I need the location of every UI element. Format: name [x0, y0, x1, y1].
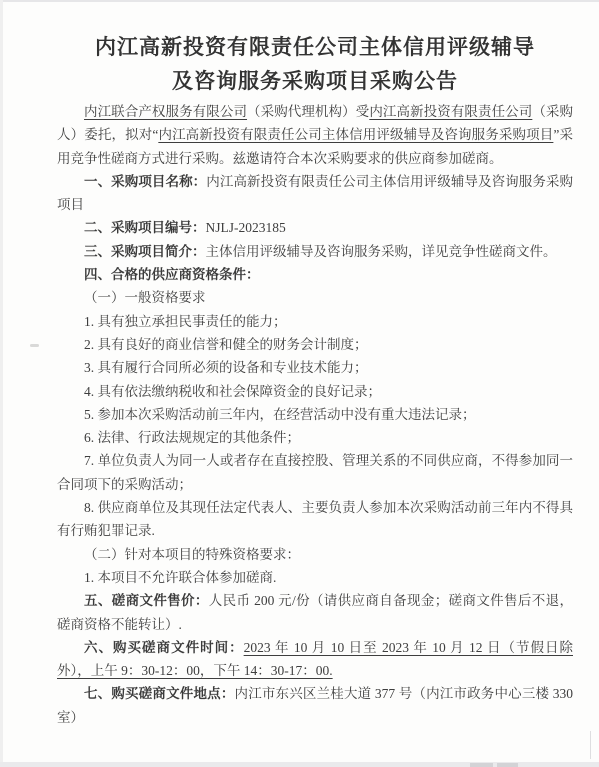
section-3-label: 三、采购项目简介： [84, 244, 206, 259]
general-item-8-text: 8. 供应商单位及其现任法定代表人、主要负责人参加本次采购活动前三年内不得具有行… [57, 500, 573, 538]
page-left-edge [0, 0, 3, 767]
special-qualification-header: （二）针对本项目的特殊资格要求： [57, 543, 573, 566]
section-5-label: 五、磋商文件售价： [84, 593, 209, 608]
bottom-tab-right [497, 763, 518, 767]
purchaser-name: 内江高新投资有限责任公司 [369, 104, 532, 119]
viewport-bottom-strip [0, 762, 599, 767]
general-item-3-text: 3. 具有履行合同所必须的设备和专业技术能力； [84, 360, 368, 375]
general-item-5: 5. 参加本次采购活动前三年内，在经营活动中没有重大违法记录； [57, 403, 573, 426]
general-item-7: 7. 单位负责人为同一人或者存在直接控股、管理关系的不同供应商，不得参加同一合同… [57, 449, 573, 496]
general-qualification-header: （一）一般资格要求 [57, 286, 573, 309]
page-right-edge [590, 731, 591, 759]
section-project-name: 一、采购项目名称：内江高新投资有限责任公司主体信用评级辅导及咨询服务采购项目 [57, 170, 573, 217]
general-item-4-text: 4. 具有依法缴纳税收和社会保障资金的良好记录； [84, 384, 381, 399]
section-project-brief: 三、采购项目简介：主体信用评级辅导及咨询服务采购，详见竞争性磋商文件。 [57, 240, 573, 263]
section-4-label: 四、合格的供应商资格条件： [84, 267, 260, 282]
general-item-4: 4. 具有依法缴纳税收和社会保障资金的良好记录； [57, 380, 573, 403]
general-item-8: 8. 供应商单位及其现任法定代表人、主要负责人参加本次采购活动前三年内不得具有行… [57, 496, 573, 543]
section-3-text: 主体信用评级辅导及咨询服务采购，详见竞争性磋商文件。 [206, 244, 557, 259]
document-content: 内江高新投资有限责任公司主体信用评级辅导及咨询服务采购项目采购公告 内江联合产权… [57, 0, 573, 729]
section-2-text: NJLJ-2023185 [206, 220, 286, 235]
section-document-price: 五、磋商文件售价：人民币 200 元/份（请供应商自备现金；磋商文件售后不退，磋… [57, 589, 573, 636]
section-purchase-time: 六、购买磋商文件时间：2023 年 10 月 10 日至 2023 年 10 月… [57, 636, 573, 683]
special-header-text: （二）针对本项目的特殊资格要求： [84, 547, 300, 562]
section-purchase-location: 七、购买磋商文件地点：内江市东兴区兰桂大道 377 号（内江市政务中心三楼 33… [57, 682, 573, 729]
general-item-7-text: 7. 单位负责人为同一人或者存在直接控股、管理关系的不同供应商，不得参加同一合同… [57, 453, 573, 491]
general-header-text: （一）一般资格要求 [84, 290, 206, 305]
general-item-1: 1. 具有独立承担民事责任的能力； [57, 310, 573, 333]
general-item-3: 3. 具有履行合同所必须的设备和专业技术能力； [57, 356, 573, 379]
special-item-1-text: 1. 本项目不允许联合体参加磋商. [84, 570, 276, 585]
section-qualification-header: 四、合格的供应商资格条件： [57, 263, 573, 286]
general-item-2-text: 2. 具有良好的商业信誉和健全的财务会计制度； [84, 337, 368, 352]
agency-name: 内江联合产权服务有限公司 [84, 104, 247, 119]
intro-paragraph: 内江联合产权服务有限公司（采购代理机构）受内江高新投资有限责任公司（采购人）委托… [57, 100, 573, 170]
general-item-6: 6. 法律、行政法规规定的其他条件； [57, 426, 573, 449]
general-item-2: 2. 具有良好的商业信誉和健全的财务会计制度； [57, 333, 573, 356]
project-name: 内江高新投资有限责任公司主体信用评级辅导及咨询服务采购项目 [158, 127, 553, 142]
title-line-1: 内江高新投资有限责任公司主体信用评级辅导 [95, 35, 535, 59]
general-item-6-text: 6. 法律、行政法规规定的其他条件； [84, 430, 300, 445]
section-project-number: 二、采购项目编号：NJLJ-2023185 [57, 216, 573, 239]
section-6-label: 六、购买磋商文件时间： [84, 640, 244, 655]
special-item-1: 1. 本项目不允许联合体参加磋商. [57, 566, 573, 589]
section-2-label: 二、采购项目编号： [84, 220, 206, 235]
general-item-1-text: 1. 具有独立承担民事责任的能力； [84, 314, 287, 329]
general-item-5-text: 5. 参加本次采购活动前三年内，在经营活动中没有重大违法记录； [84, 407, 476, 422]
document-page: 内江高新投资有限责任公司主体信用评级辅导及咨询服务采购项目采购公告 内江联合产权… [0, 0, 599, 767]
scan-artifact [30, 344, 39, 347]
title-line-2: 及咨询服务采购项目采购公告 [172, 69, 458, 93]
intro-text-1: （采购代理机构）受 [247, 104, 369, 119]
bottom-tab-left [470, 763, 493, 767]
section-1-label: 一、采购项目名称： [84, 174, 206, 189]
document-title: 内江高新投资有限责任公司主体信用评级辅导及咨询服务采购项目采购公告 [57, 30, 573, 98]
section-7-label: 七、购买磋商文件地点： [84, 686, 235, 701]
